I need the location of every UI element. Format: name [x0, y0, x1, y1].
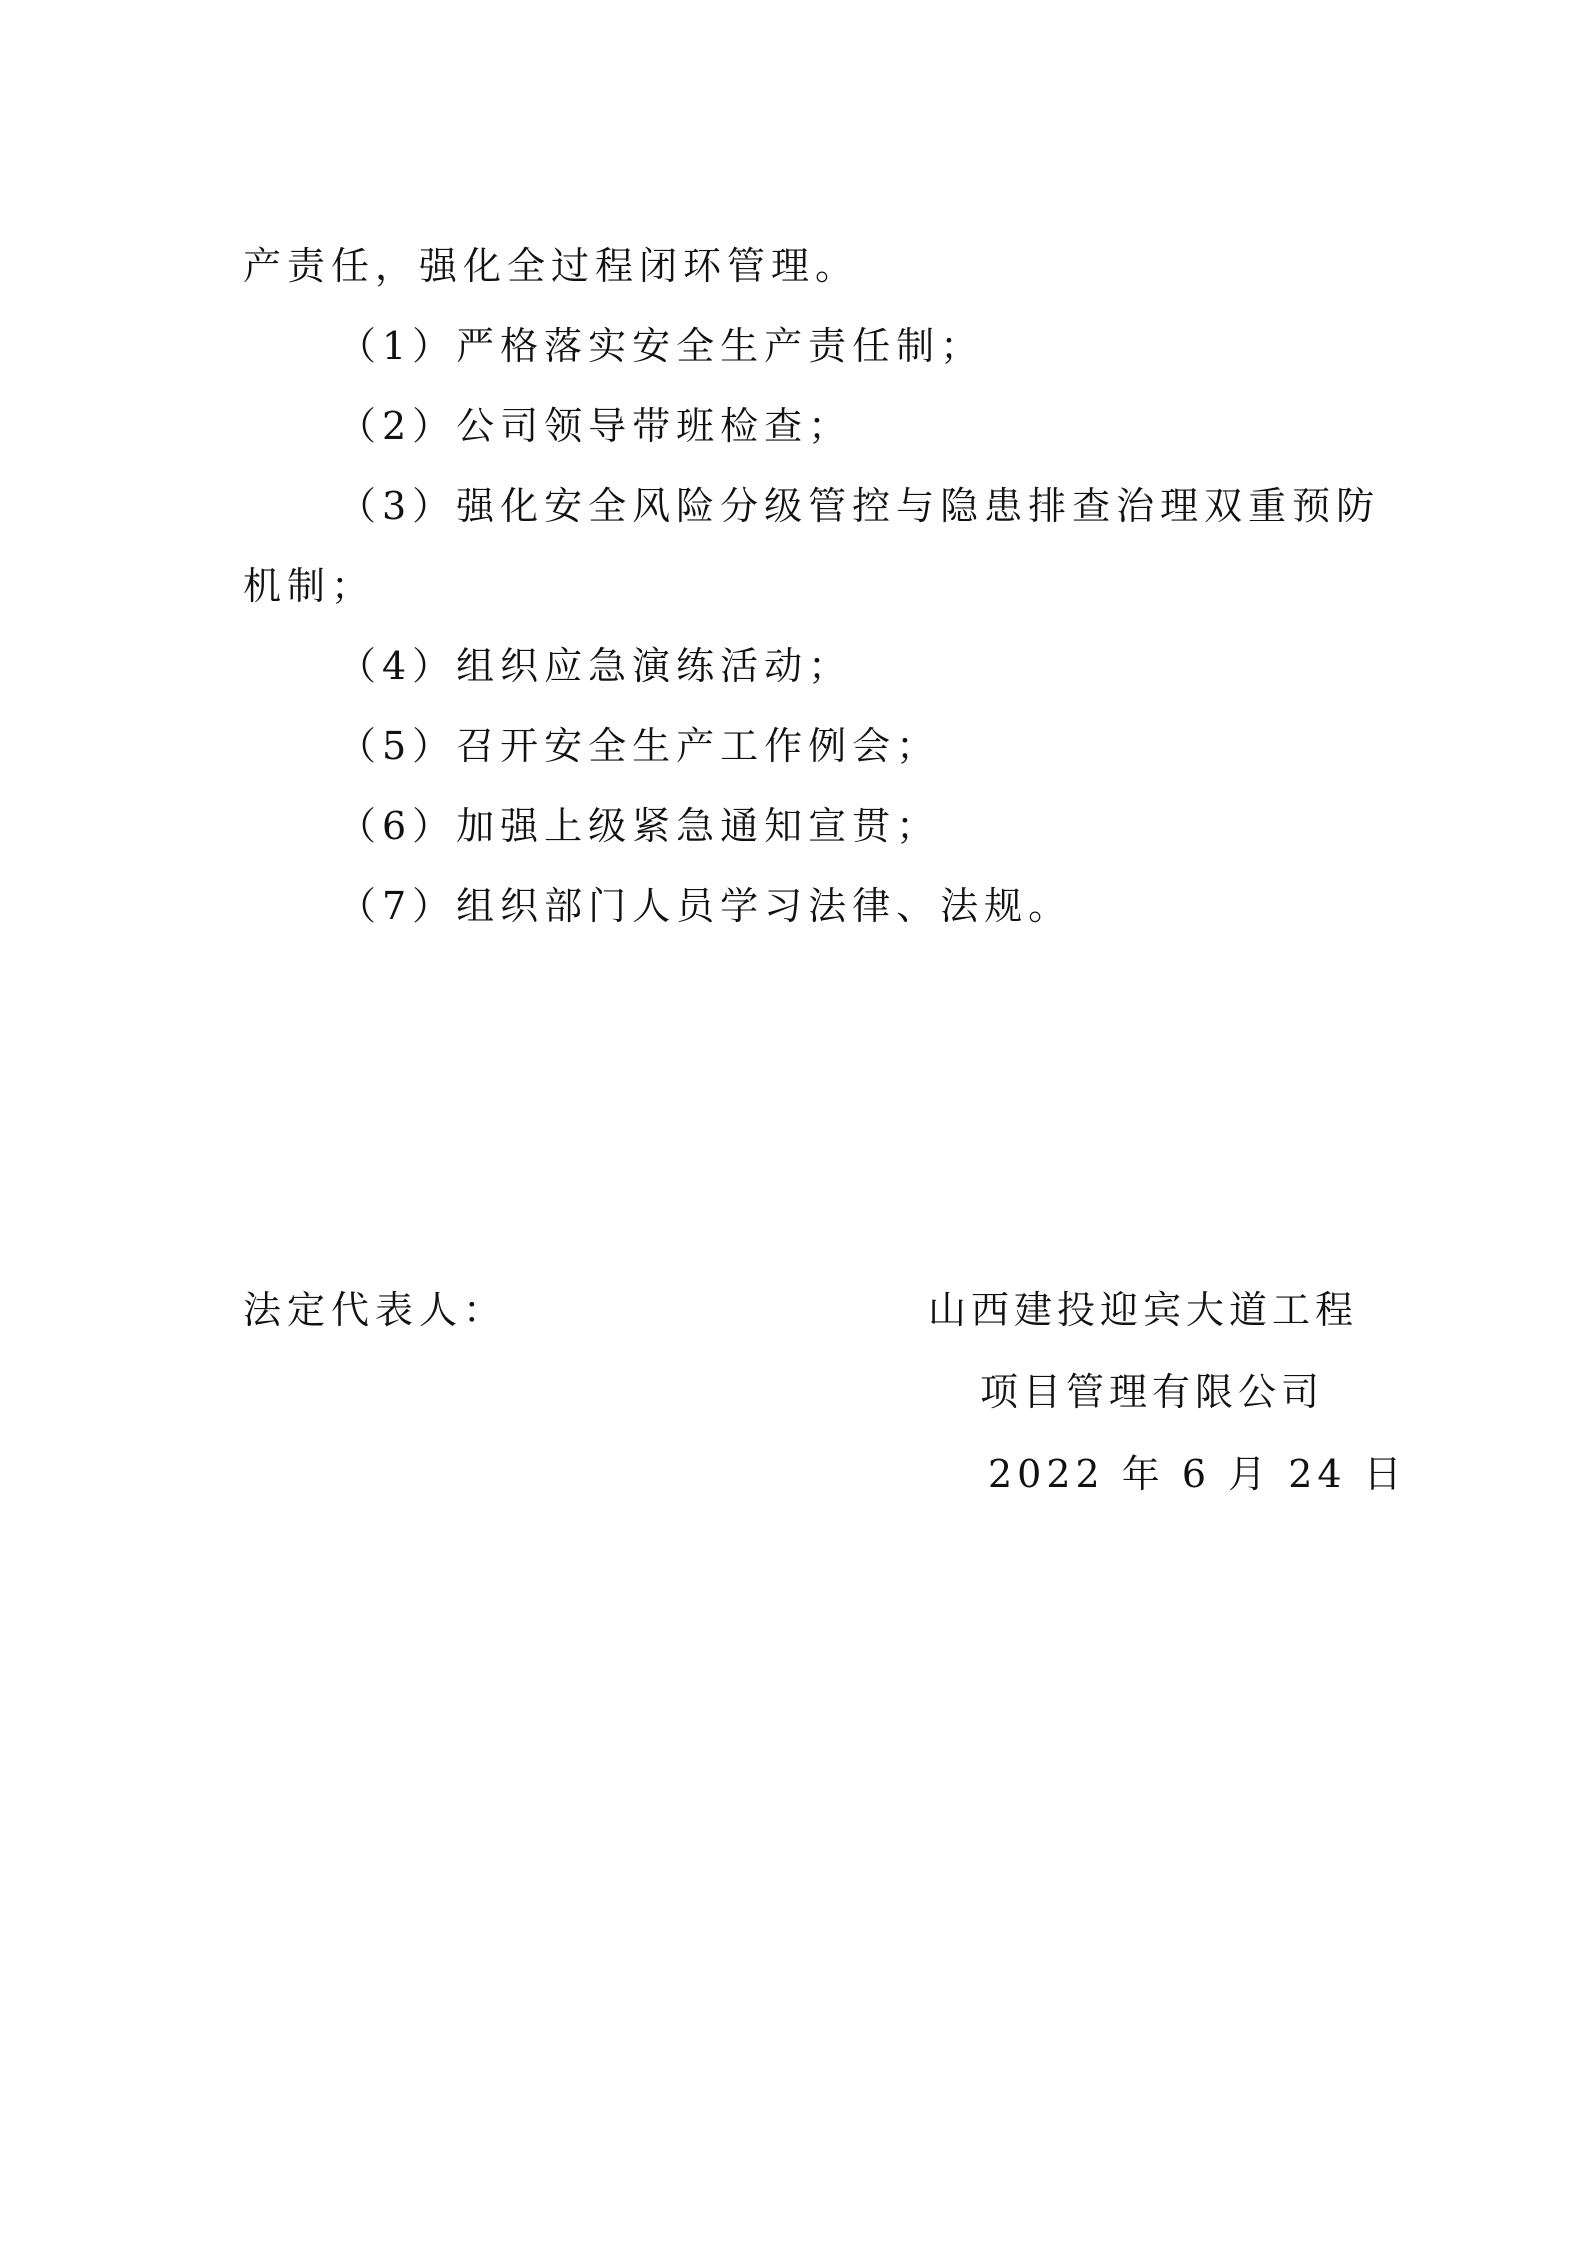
- list-item-3-continuation: 机制；: [243, 562, 375, 610]
- list-item-1: （1）严格落实安全生产责任制；: [338, 322, 984, 370]
- list-item-6: （6）加强上级紧急通知宣贯；: [338, 802, 940, 850]
- company-name-line-2: 项目管理有限公司: [980, 1368, 1324, 1416]
- company-name-line-1: 山西建投迎宾大道工程: [928, 1286, 1358, 1334]
- list-item-4: （4）组织应急演练活动；: [338, 642, 852, 690]
- body-line-continuation: 产责任，强化全过程闭环管理。: [243, 242, 859, 290]
- list-item-7: （7）组织部门人员学习法律、法规。: [338, 882, 1072, 930]
- list-item-3: （3）强化安全风险分级管控与隐患排查治理双重预防: [338, 482, 1380, 530]
- legal-representative-label: 法定代表人：: [243, 1286, 507, 1334]
- document-page: 产责任，强化全过程闭环管理。 （1）严格落实安全生产责任制； （2）公司领导带班…: [0, 0, 1587, 2245]
- signature-date: 2022 年 6 月 24 日: [988, 1450, 1407, 1498]
- list-item-5: （5）召开安全生产工作例会；: [338, 722, 940, 770]
- list-item-2: （2）公司领导带班检查；: [338, 402, 852, 450]
